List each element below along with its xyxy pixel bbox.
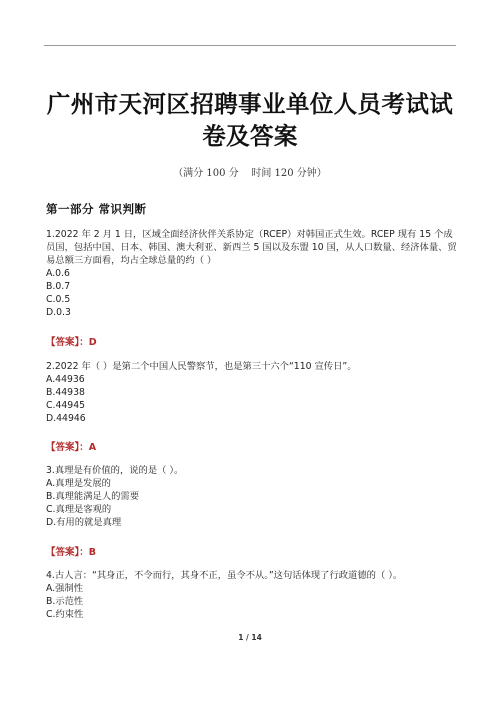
document-title: 广州市天河区招聘事业单位人员考试试卷及答案 [40,88,460,152]
question-stem: 3.真理是有价值的，说的是（ ）。 [46,464,458,477]
option-b: B.真理能满足人的需要 [46,490,458,503]
answer-label: 【答案】：D [46,334,97,348]
exam-info: （满分 100 分 时间 120 分钟） [0,164,500,179]
option-d: D.有用的就是真理 [46,516,458,529]
option-a: A.44936 [46,373,458,386]
question-3: 3.真理是有价值的，说的是（ ）。 A.真理是发展的 B.真理能满足人的需要 C… [46,464,458,529]
option-c: C.0.5 [46,293,458,306]
option-c: C.44945 [46,399,458,412]
answer-label: 【答案】：A [46,439,96,453]
section-heading: 第一部分 常识判断 [46,201,147,217]
header-rule [44,45,456,46]
option-b: B.示范性 [46,595,458,608]
question-2: 2.2022 年（ ）是第二个中国人民警察节，也是第三十六个“110 宣传日”。… [46,360,458,425]
option-b: B.44938 [46,386,458,399]
answer-label: 【答案】：B [46,544,96,558]
question-4: 4.古人言：“其身正，不令而行，其身不正，虽令不从。”这句话体现了行政道德的（ … [46,569,458,621]
option-b: B.0.7 [46,280,458,293]
option-c: C.真理是客观的 [46,503,458,516]
question-stem: 4.古人言：“其身正，不令而行，其身不正，虽令不从。”这句话体现了行政道德的（ … [46,569,458,582]
option-d: D.0.3 [46,306,458,319]
page-number: 1 / 14 [0,633,500,642]
question-1: 1.2022 年 2 月 1 日，区域全面经济伙伴关系协定（RCEP）对韩国正式… [46,228,458,319]
option-a: A.0.6 [46,267,458,280]
option-d: D.44946 [46,412,458,425]
option-c: C.约束性 [46,608,458,621]
question-stem: 1.2022 年 2 月 1 日，区域全面经济伙伴关系协定（RCEP）对韩国正式… [46,228,458,267]
question-stem: 2.2022 年（ ）是第二个中国人民警察节，也是第三十六个“110 宣传日”。 [46,360,458,373]
option-a: A.真理是发展的 [46,477,458,490]
option-a: A.强制性 [46,582,458,595]
